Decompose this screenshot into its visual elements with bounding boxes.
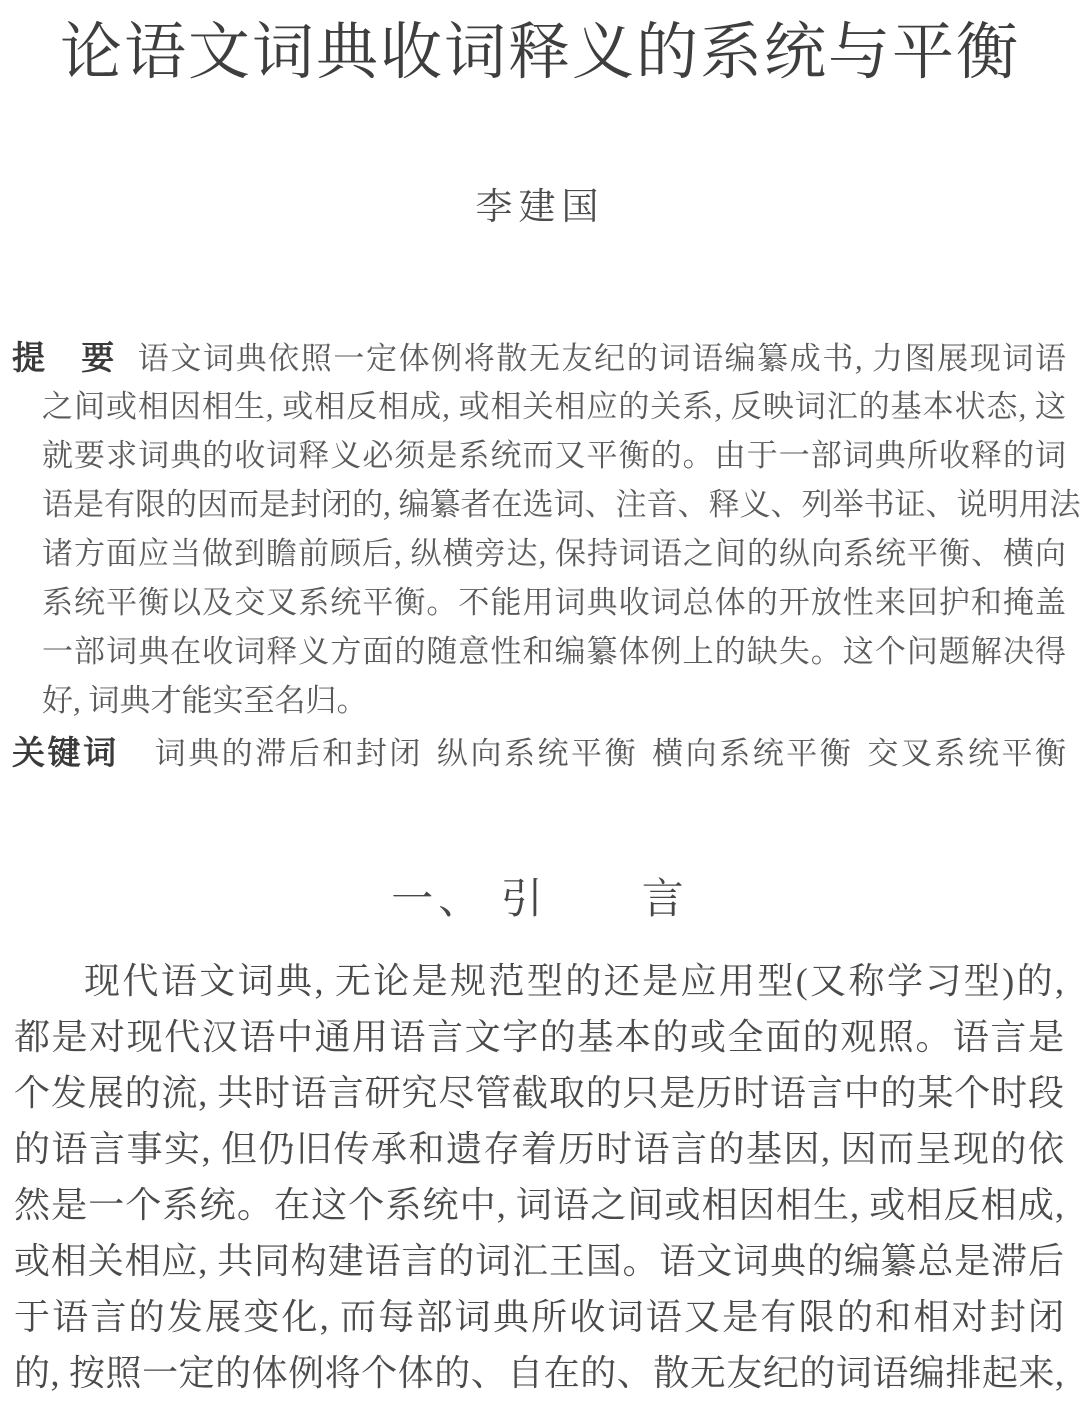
abstract-line: 就要求词典的收词释义必须是系统而又平衡的。由于一部词典所收释的词	[12, 431, 1066, 480]
keywords-row: 关键词词典的滞后和封闭纵向系统平衡横向系统平衡交叉系统平衡	[12, 728, 1066, 777]
abstract-text: 语文词典依照一定体例将散无友纪的词语编纂成书, 力图展现词语	[138, 341, 1066, 376]
abstract-label: 提 要	[12, 339, 116, 376]
section-heading: 一、 引 言	[0, 866, 1080, 926]
paper-title: 论语文词典收词释义的系统与平衡	[0, 2, 1080, 91]
body-line: 于语言的发展变化, 而每部词典所收词语又是有限的和相对封闭	[14, 1289, 1064, 1345]
intro-paragraph: 现代语文词典, 无论是规范型的还是应用型(又称学习型)的, 都是对现代汉语中通用…	[14, 953, 1064, 1401]
keyword-item: 词典的滞后和封闭	[155, 736, 423, 771]
keyword-item: 横向系统平衡	[652, 736, 853, 771]
abstract-line: 语是有限的因而是封闭的, 编纂者在选词、注音、释义、列举书证、说明用法	[12, 480, 1066, 529]
body-line: 个发展的流, 共时语言研究尽管截取的只是历时语言中的某个时段	[14, 1065, 1064, 1121]
body-line: 现代语文词典, 无论是规范型的还是应用型(又称学习型)的,	[14, 953, 1064, 1009]
abstract-line: 之间或相因相生, 或相反相成, 或相关相应的关系, 反映词汇的基本状态, 这	[12, 382, 1066, 431]
abstract-section: 提 要语文词典依照一定体例将散无友纪的词语编纂成书, 力图展现词语 之间或相因相…	[12, 333, 1066, 725]
body-line: 的语言事实, 但仍旧传承和遗存着历时语言的基因, 因而呈现的依	[14, 1121, 1064, 1177]
keyword-item: 交叉系统平衡	[867, 736, 1066, 771]
keyword-item: 纵向系统平衡	[437, 736, 638, 771]
abstract-line: 诸方面应当做到瞻前顾后, 纵横旁达, 保持词语之间的纵向系统平衡、横向	[12, 529, 1066, 578]
document-page: 论语文词典收词释义的系统与平衡 李建国 提 要语文词典依照一定体例将散无友纪的词…	[0, 0, 1080, 1406]
abstract-line: 系统平衡以及交叉系统平衡。不能用词典收词总体的开放性来回护和掩盖	[12, 578, 1066, 627]
keywords-label: 关键词	[12, 734, 119, 771]
author-name: 李建国	[0, 176, 1080, 230]
body-line: 或相关相应, 共同构建语言的词汇王国。语文词典的编纂总是滞后	[14, 1233, 1064, 1289]
abstract-line: 好, 词典才能实至名归。	[12, 676, 1066, 725]
body-line: 然是一个系统。在这个系统中, 词语之间或相因相生, 或相反相成,	[14, 1177, 1064, 1233]
body-line: 都是对现代汉语中通用语言文字的基本的或全面的观照。语言是	[14, 1009, 1064, 1065]
abstract-line: 一部词典在收词释义方面的随意性和编纂体例上的缺失。这个问题解决得	[12, 627, 1066, 676]
abstract-line: 提 要语文词典依照一定体例将散无友纪的词语编纂成书, 力图展现词语	[12, 333, 1066, 382]
body-line: 的, 按照一定的体例将个体的、自在的、散无友纪的词语编排起来,	[14, 1345, 1064, 1401]
